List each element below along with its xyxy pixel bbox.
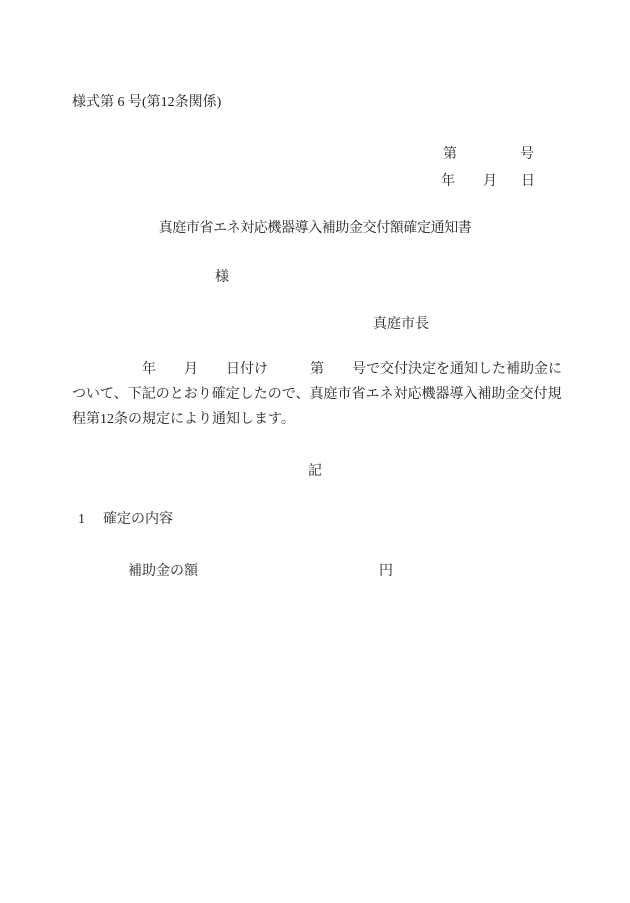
- form-number-label: 様式第 6 号(第12条関係): [72, 95, 221, 111]
- record-marker: 記: [0, 464, 630, 480]
- doc-number-suffix: 号: [520, 147, 534, 163]
- section1-number: 1: [78, 512, 85, 528]
- date-year-label: 年: [441, 174, 455, 190]
- body-paragraph-line-1: 年 月 日付け 第 号で交付決定を通知した補助金に: [72, 362, 562, 378]
- document-title: 真庭市省エネ対応機器導入補助金交付額確定通知書: [0, 221, 630, 237]
- doc-number-prefix: 第: [443, 147, 457, 163]
- date-day-label: 日: [521, 174, 535, 190]
- addressee-honorific: 様: [215, 270, 229, 286]
- date-month-label: 月: [483, 174, 497, 190]
- sender-name: 真庭市長: [373, 317, 429, 333]
- document-page: 様式第 6 号(第12条関係) 第 号 年 月 日 真庭市省エネ対応機器導入補助…: [0, 0, 630, 903]
- subsidy-amount-label: 補助金の額: [128, 564, 198, 580]
- body-paragraph-line-2: ついて、下記のとおり確定したので、真庭市省エネ対応機器導入補助金交付規: [72, 387, 561, 403]
- subsidy-amount-unit: 円: [379, 564, 393, 580]
- section1-heading: 確定の内容: [103, 512, 173, 528]
- body-paragraph-line-3: 程第12条の規定により通知します。: [72, 412, 295, 428]
